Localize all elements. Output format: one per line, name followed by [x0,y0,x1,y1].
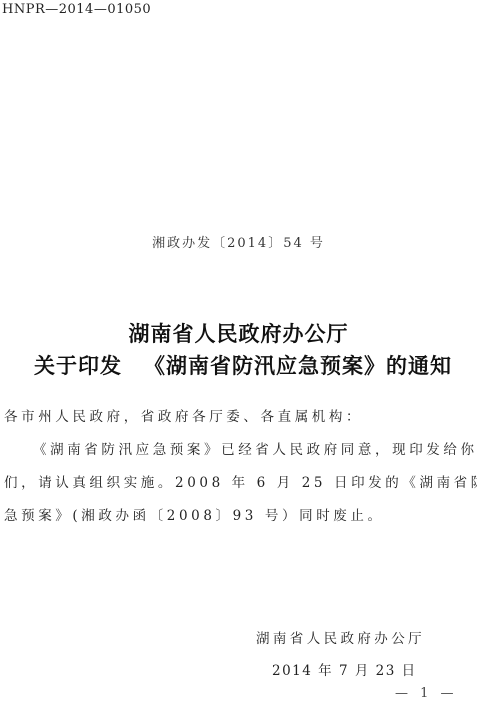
page-number: — 1 — [395,686,458,701]
document-number: 湘政办发〔2014〕54 号 [0,232,477,251]
paragraph-line: 《湖南省防汛应急预案》已经省人民政府同意，现印发给你 [33,438,477,458]
salutation: 各市州人民政府，省政府各厅委、各直属机构： [4,405,363,425]
paragraph-line: 急预案》(湘政办函〔2008〕93 号）同时废止。 [4,504,385,524]
signature-issuer: 湖南省人民政府办公厅 [256,627,425,647]
document-title-line-1: 湖南省人民政府办公厅 [0,318,477,348]
signature-date: 2014 年 7 月 23 日 [272,659,417,679]
paragraph-line: 们，请认真组织实施。2008 年 6 月 25 日印发的《湖南省防汛应 [4,471,477,491]
title-prefix: 关于印发 [34,353,122,378]
title-suffix: 《湖南省防汛应急预案》的通知 [144,353,452,378]
document-title-line-2: 关于印发《湖南省防汛应急预案》的通知 [34,350,452,380]
document-code: HNPR—2014—01050 [2,2,151,17]
